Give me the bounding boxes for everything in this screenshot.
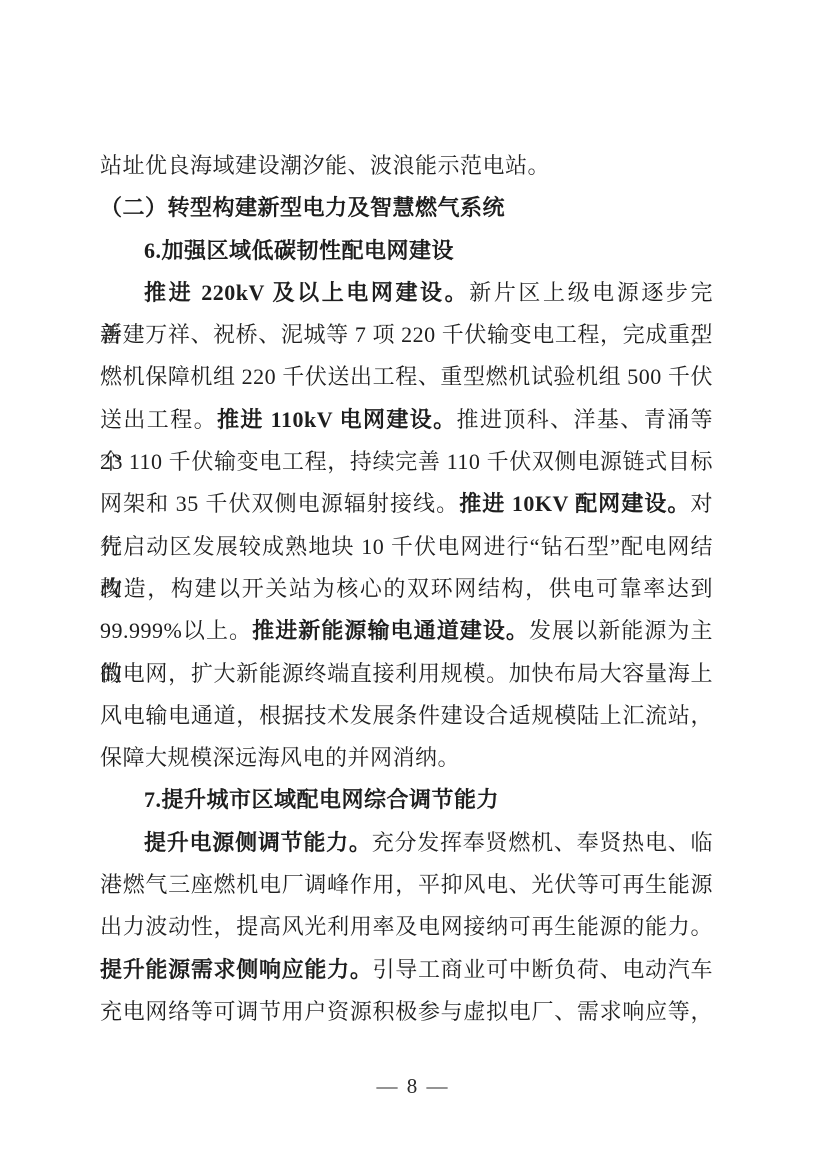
text-line: 提升能源需求侧响应能力。引导工商业可中断负荷、电动汽车	[100, 949, 713, 991]
text-run: 保障大规模深远海风电的并网消纳。	[100, 745, 460, 770]
bold-text-run: 提升电源侧调节能力。	[144, 830, 372, 855]
text-line: 充电网络等可调节用户资源积极参与虚拟电厂、需求响应等，	[100, 991, 713, 1033]
section-heading: 7.提升城市区域配电网综合调节能力	[100, 779, 713, 821]
section-heading: 6.加强区域低碳韧性配电网建设	[100, 230, 713, 272]
text-run: 改造，构建以开关站为核心的双环网结构，供电可靠率达到	[100, 576, 713, 601]
bold-text-run: 推进 220kV 及以上电网建设。	[144, 280, 469, 305]
text-run: 网架和 35 千伏双侧电源辐射接线。	[100, 491, 459, 516]
text-line: 港燃气三座燃机电厂调峰作用，平抑风电、光伏等可再生能源	[100, 864, 713, 906]
bold-text-run: 提升能源需求侧响应能力。	[100, 957, 373, 982]
text-line: 网架和 35 千伏双侧电源辐射接线。推进 10KV 配网建设。对先	[100, 483, 713, 525]
text-run: 99.999%以上。	[100, 618, 252, 643]
bold-text-run: 7.提升城市区域配电网综合调节能力	[144, 787, 499, 812]
text-run: 港燃气三座燃机电厂调峰作用，平抑风电、光伏等可再生能源	[100, 872, 713, 897]
text-line: 行启动区发展较成熟地块 10 千伏电网进行“钻石型”配电网结构	[100, 526, 713, 568]
text-line: 站址优良海域建设潮汐能、波浪能示范电站。	[100, 145, 713, 187]
bold-text-run: 6.加强区域低碳韧性配电网建设	[144, 238, 454, 263]
text-line: 燃机保障机组 220 千伏送出工程、重型燃机试验机组 500 千伏	[100, 356, 713, 398]
text-line: 改造，构建以开关站为核心的双环网结构，供电可靠率达到	[100, 568, 713, 610]
section-heading: （二）转型构建新型电力及智慧燃气系统	[100, 187, 713, 229]
bold-text-run: 推进 110kV 电网建设。	[217, 407, 457, 432]
text-run: 充电网络等可调节用户资源积极参与虚拟电厂、需求响应等，	[100, 999, 713, 1024]
text-line: 出力波动性，提高风光利用率及电网接纳可再生能源的能力。	[100, 906, 713, 948]
text-run: 送出工程。	[100, 407, 217, 432]
text-line: 保障大规模深远海风电的并网消纳。	[100, 737, 713, 779]
text-run: 个 110 千伏输变电工程，持续完善 110 千伏双侧电源链式目标	[100, 449, 713, 474]
text-run: 新建万祥、祝桥、泥城等 7 项 220 千伏输变电工程，完成重型	[100, 322, 713, 347]
text-run: 站址优良海域建设潮汐能、波浪能示范电站。	[100, 153, 550, 178]
text-line: 送出工程。推进 110kV 电网建设。推进顶科、洋基、青涌等 23	[100, 399, 713, 441]
text-line: 个 110 千伏输变电工程，持续完善 110 千伏双侧电源链式目标	[100, 441, 713, 483]
text-line: 推进 220kV 及以上电网建设。新片区上级电源逐步完善，	[100, 272, 713, 314]
text-run: 出力波动性，提高风光利用率及电网接纳可再生能源的能力。	[100, 914, 713, 939]
page-number: — 8 —	[0, 1071, 826, 1101]
text-run: 引导工商业可中断负荷、电动汽车	[373, 957, 713, 982]
bold-text-run: （二）转型构建新型电力及智慧燃气系统	[100, 195, 505, 220]
bold-text-run: 推进新能源输电通道建设。	[252, 618, 529, 643]
text-run: 燃机保障机组 220 千伏送出工程、重型燃机试验机组 500 千伏	[100, 364, 713, 389]
text-line: 微电网，扩大新能源终端直接利用规模。加快布局大容量海上	[100, 653, 713, 695]
text-run: 风电输电通道，根据技术发展条件建设合适规模陆上汇流站，	[100, 703, 713, 728]
text-line: 99.999%以上。推进新能源输电通道建设。发展以新能源为主的	[100, 610, 713, 652]
text-line: 新建万祥、祝桥、泥城等 7 项 220 千伏输变电工程，完成重型	[100, 314, 713, 356]
text-line: 风电输电通道，根据技术发展条件建设合适规模陆上汇流站，	[100, 695, 713, 737]
document-page: 站址优良海域建设潮汐能、波浪能示范电站。（二）转型构建新型电力及智慧燃气系统6.…	[0, 0, 826, 1169]
bold-text-run: 推进 10KV 配网建设。	[459, 491, 690, 516]
text-line: 提升电源侧调节能力。充分发挥奉贤燃机、奉贤热电、临	[100, 822, 713, 864]
text-run: 充分发挥奉贤燃机、奉贤热电、临	[372, 830, 713, 855]
document-body: 站址优良海域建设潮汐能、波浪能示范电站。（二）转型构建新型电力及智慧燃气系统6.…	[100, 145, 713, 1033]
text-run: 微电网，扩大新能源终端直接利用规模。加快布局大容量海上	[100, 661, 713, 686]
